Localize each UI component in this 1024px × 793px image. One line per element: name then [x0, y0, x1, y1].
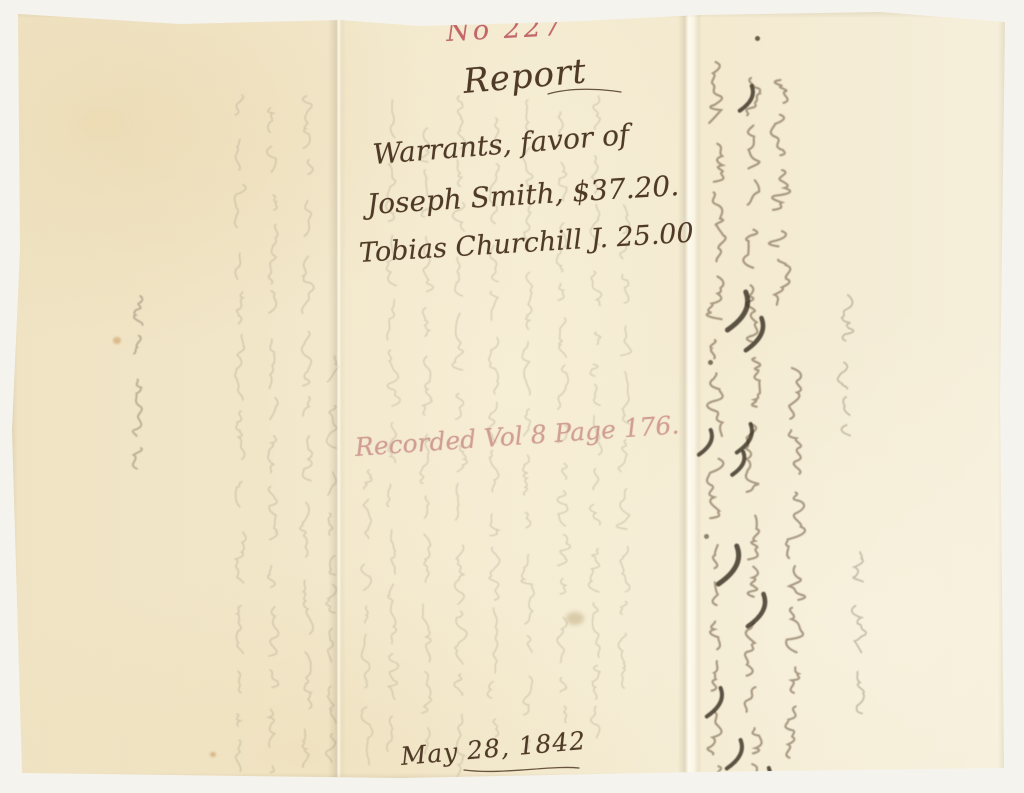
document-number: No 227 — [445, 11, 564, 48]
bleedthrough-ink — [0, 0, 1024, 793]
ink-speck — [755, 36, 760, 41]
fold-crease-left — [328, 0, 346, 793]
ink-speck — [708, 360, 713, 365]
fold-crease-right — [678, 0, 702, 793]
ink-speck — [704, 534, 709, 539]
ink-smudge — [566, 612, 584, 625]
scan-background: No 227 Report Warrants, favor of Joseph … — [0, 0, 1024, 793]
rust-spot — [210, 752, 216, 757]
paper-stain — [78, 108, 124, 140]
document-page: No 227 Report Warrants, favor of Joseph … — [0, 0, 1024, 793]
rust-spot — [113, 337, 121, 344]
